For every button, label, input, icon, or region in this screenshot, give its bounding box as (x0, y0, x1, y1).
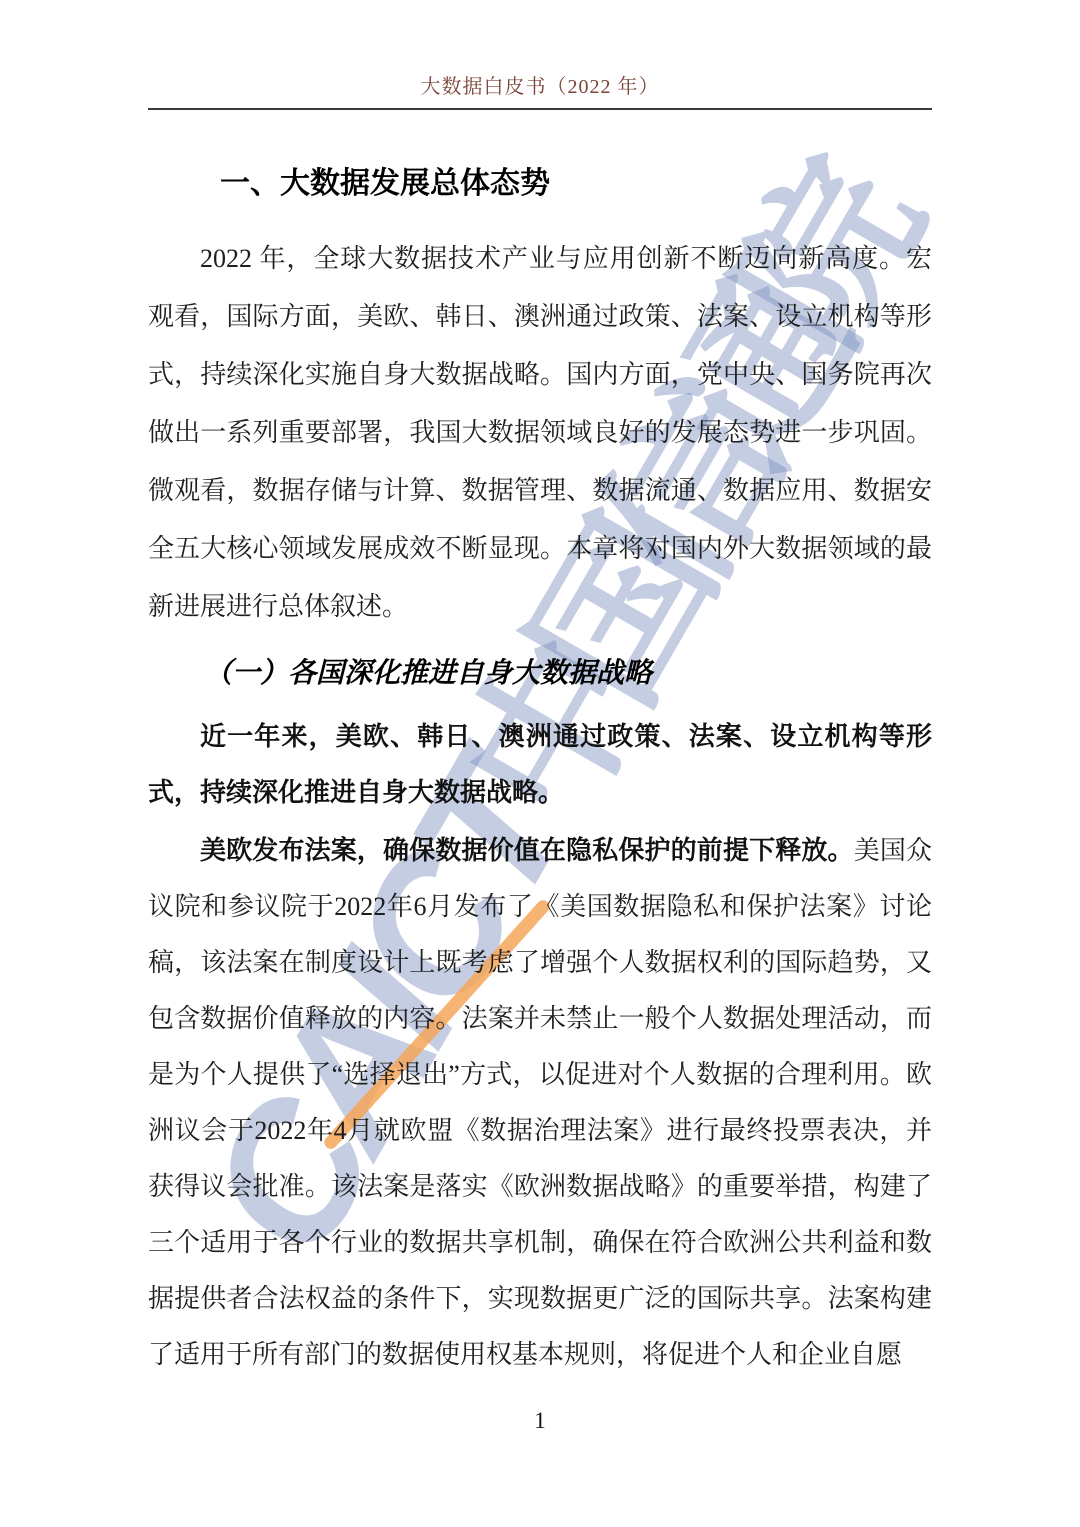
page-header: 大数据白皮书（2022 年） (148, 0, 932, 110)
section-title: 一、大数据发展总体态势 (220, 164, 932, 204)
paragraph-lead-bold: 美欧发布法案，确保数据价值在隐私保护的前提下释放。 (200, 835, 854, 865)
paragraph-overview: 2022 年，全球大数据技术产业与应用创新不断迈向新高度。宏观看，国际方面，美欧… (148, 230, 932, 636)
running-header-title: 大数据白皮书（2022 年） (148, 70, 932, 99)
subsection-title: （一）各国深化推进自身大数据战略 (148, 652, 932, 696)
paragraph-us-eu-legislation: 美欧发布法案，确保数据价值在隐私保护的前提下释放。美国众议院和参议院于2022年… (148, 822, 932, 1383)
page-number: 1 (534, 1408, 546, 1433)
paragraph-strategy-summary: 近一年来，美欧、韩日、澳洲通过政策、法案、设立机构等形式，持续深化推进自身大数据… (148, 708, 932, 820)
page-footer: 1 (0, 1408, 1080, 1434)
document-page: CAICT中国信通院 大数据白皮书（2022 年） 一、大数据发展总体态势 20… (0, 0, 1080, 1527)
paragraph-body-text: 美国众议院和参议院于2022年6月发布了《美国数据隐私和保护法案》讨论稿，该法案… (148, 836, 932, 1369)
page-content: 一、大数据发展总体态势 2022 年，全球大数据技术产业与应用创新不断迈向新高度… (148, 164, 932, 1383)
